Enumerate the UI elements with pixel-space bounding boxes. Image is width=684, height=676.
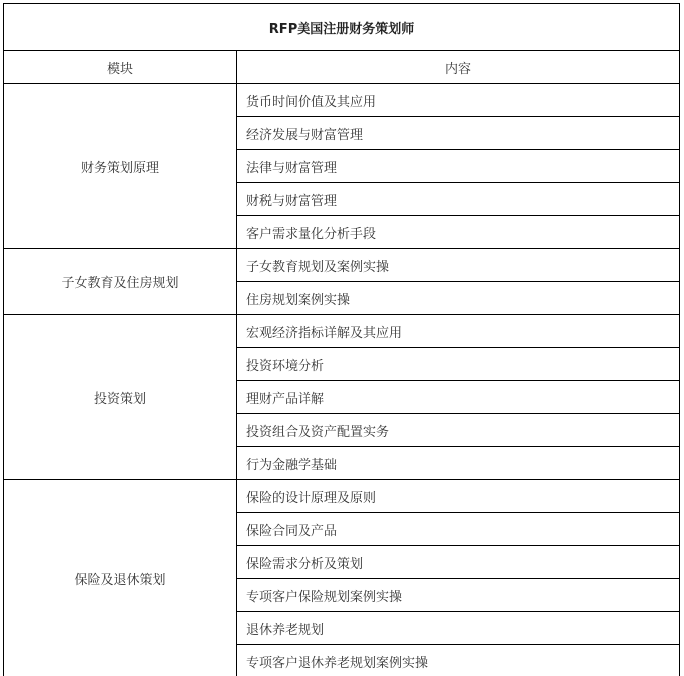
module-cell: 保险及退休策划 <box>4 480 237 676</box>
content-cell: 行为金融学基础 <box>237 447 680 480</box>
content-cell: 宏观经济指标详解及其应用 <box>237 315 680 348</box>
content-cell: 住房规划案例实操 <box>237 282 680 315</box>
content-cell: 子女教育规划及案例实操 <box>237 249 680 282</box>
module-cell: 投资策划 <box>4 315 237 480</box>
table-title: RFP美国注册财务策划师 <box>4 4 680 51</box>
content-cell: 投资环境分析 <box>237 348 680 381</box>
module-cell: 子女教育及住房规划 <box>4 249 237 315</box>
title-row: RFP美国注册财务策划师 <box>4 4 680 51</box>
content-cell: 理财产品详解 <box>237 381 680 414</box>
content-cell: 经济发展与财富管理 <box>237 117 680 150</box>
header-row: 模块 内容 <box>4 51 680 84</box>
column-header-module: 模块 <box>4 51 237 84</box>
content-cell: 客户需求量化分析手段 <box>237 216 680 249</box>
table-row: 财务策划原理 货币时间价值及其应用 <box>4 84 680 117</box>
content-cell: 保险的设计原理及原则 <box>237 480 680 513</box>
content-cell: 保险需求分析及策划 <box>237 546 680 579</box>
column-header-content: 内容 <box>237 51 680 84</box>
content-cell: 专项客户退休养老规划案例实操 <box>237 645 680 676</box>
table-row: 保险及退休策划 保险的设计原理及原则 <box>4 480 680 513</box>
content-cell: 财税与财富管理 <box>237 183 680 216</box>
module-cell: 财务策划原理 <box>4 84 237 249</box>
content-cell: 法律与财富管理 <box>237 150 680 183</box>
table-row: 子女教育及住房规划 子女教育规划及案例实操 <box>4 249 680 282</box>
content-cell: 退休养老规划 <box>237 612 680 645</box>
rfp-curriculum-table: RFP美国注册财务策划师 模块 内容 财务策划原理 货币时间价值及其应用 经济发… <box>3 3 680 676</box>
content-cell: 保险合同及产品 <box>237 513 680 546</box>
content-cell: 投资组合及资产配置实务 <box>237 414 680 447</box>
content-cell: 货币时间价值及其应用 <box>237 84 680 117</box>
content-cell: 专项客户保险规划案例实操 <box>237 579 680 612</box>
table-row: 投资策划 宏观经济指标详解及其应用 <box>4 315 680 348</box>
